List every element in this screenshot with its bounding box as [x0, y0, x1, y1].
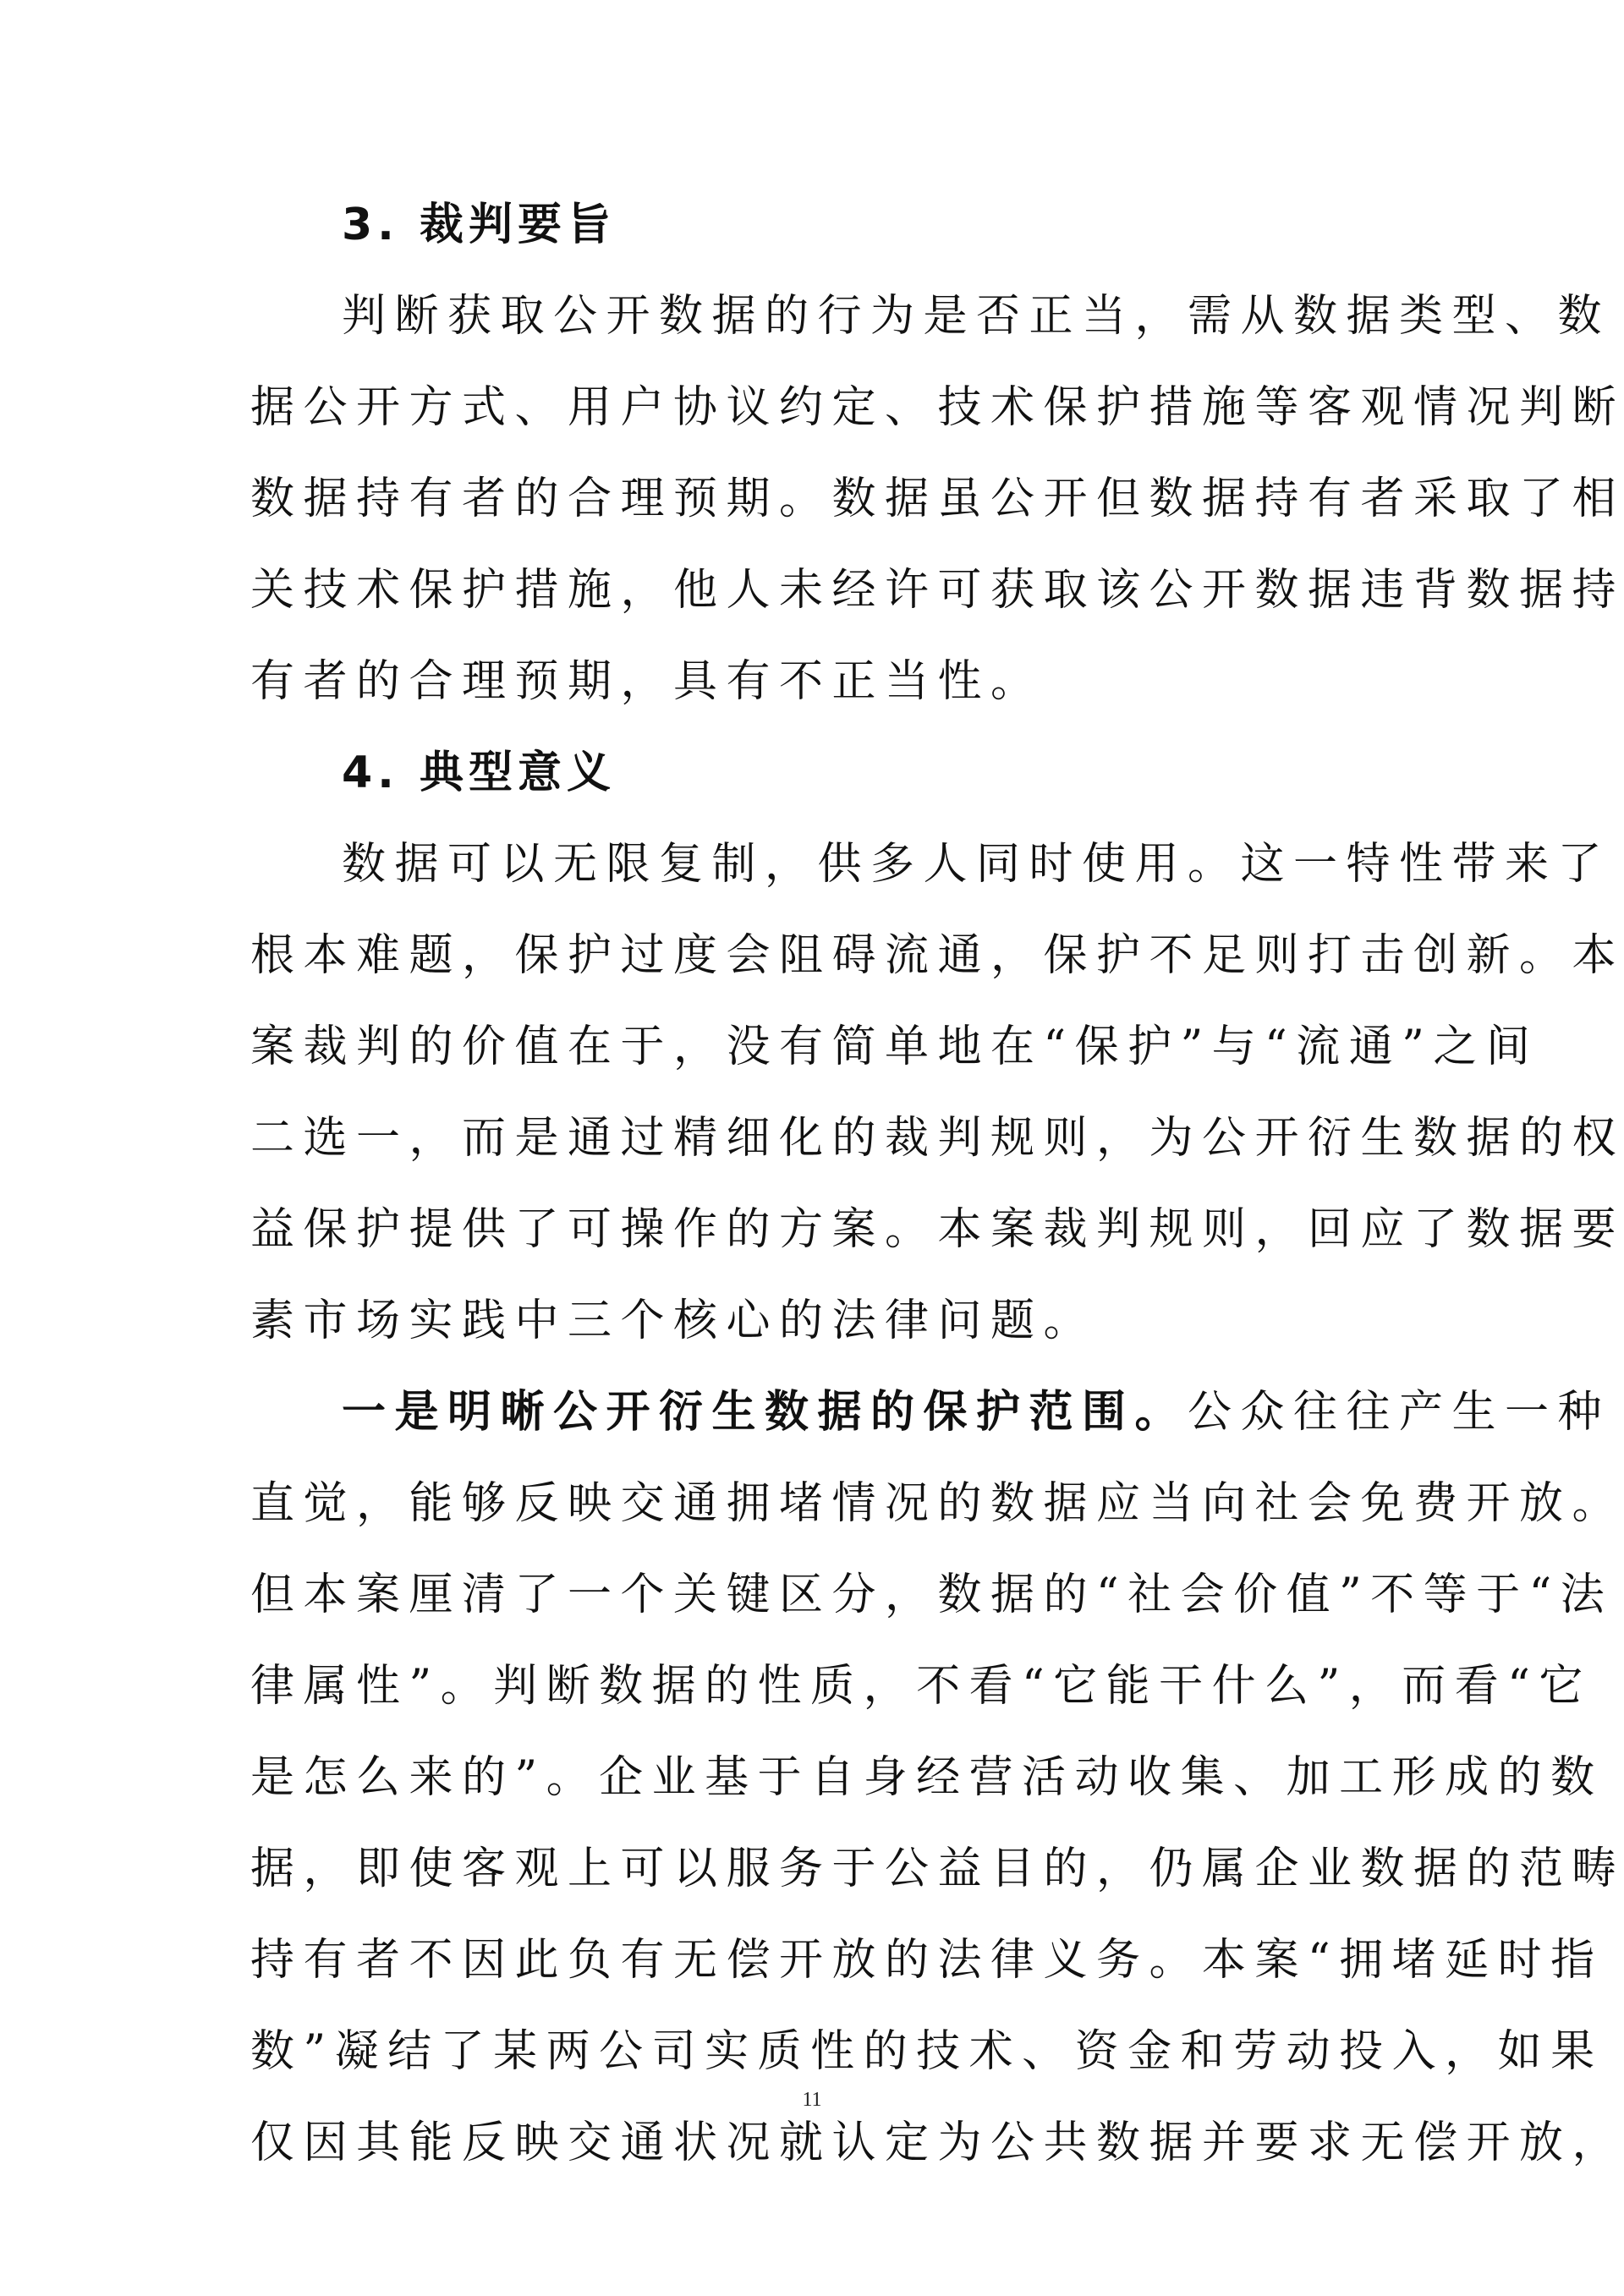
text-line: 益保护提供了可操作的方案。本案裁判规则，回应了数据要: [250, 1208, 1375, 1299]
page-content: 3. 裁判要旨 判断获取公开数据的行为是否正当，需从数据类型、数 据公开方式、用…: [250, 203, 1375, 2212]
text-line: 判断获取公开数据的行为是否正当，需从数据类型、数: [250, 294, 1375, 386]
text-line: 持有者不因此负有无偿开放的法律义务。本案“拥堵延时指: [250, 1938, 1375, 2030]
text-line: 关技术保护措施，他人未经许可获取该公开数据违背数据持: [250, 568, 1375, 660]
text-run: 公众往往产生一种: [1188, 1387, 1610, 1438]
text-line: 案裁判的价值在于，没有简单地在“保护”与“流通”之间: [250, 1025, 1375, 1116]
document-page: 3. 裁判要旨 判断获取公开数据的行为是否正当，需从数据类型、数 据公开方式、用…: [0, 0, 1624, 2296]
section-heading-ruling-gist: 3. 裁判要旨: [250, 203, 1375, 294]
text-line: 有者的合理预期，具有不正当性。: [250, 660, 1375, 751]
bold-lead-sentence: 一是明晰公开衍生数据的保护范围。: [342, 1387, 1188, 1438]
text-line: 直觉，能够反映交通拥堵情况的数据应当向社会免费开放。: [250, 1482, 1375, 1573]
text-line: 数据持有者的合理预期。数据虽公开但数据持有者采取了相: [250, 477, 1375, 568]
text-line: 但本案厘清了一个关键区分，数据的“社会价值”不等于“法: [250, 1573, 1375, 1664]
text-line: 一是明晰公开衍生数据的保护范围。公众往往产生一种: [250, 1390, 1375, 1482]
text-line: 据，即使客观上可以服务于公益目的，仍属企业数据的范畴，: [250, 1847, 1375, 1938]
text-line: 据公开方式、用户协议约定、技术保护措施等客观情况判断: [250, 386, 1375, 477]
section-heading-significance: 4. 典型意义: [250, 751, 1375, 842]
text-line: 素市场实践中三个核心的法律问题。: [250, 1299, 1375, 1390]
text-line: 二选一，而是通过精细化的裁判规则，为公开衍生数据的权: [250, 1116, 1375, 1208]
text-line: 仅因其能反映交通状况就认定为公共数据并要求无偿开放，: [250, 2121, 1375, 2212]
text-line: 数据可以无限复制，供多人同时使用。这一特性带来了: [250, 842, 1375, 934]
text-line: 律属性”。判断数据的性质，不看“它能干什么”，而看“它: [250, 1664, 1375, 1756]
page-number: 11: [0, 2089, 1624, 2112]
text-line: 是怎么来的”。企业基于自身经营活动收集、加工形成的数: [250, 1756, 1375, 1847]
text-line: 根本难题，保护过度会阻碍流通，保护不足则打击创新。本: [250, 934, 1375, 1025]
paragraph-significance-intro: 数据可以无限复制，供多人同时使用。这一特性带来了 根本难题，保护过度会阻碍流通，…: [250, 842, 1375, 1390]
paragraph-ruling-gist: 判断获取公开数据的行为是否正当，需从数据类型、数 据公开方式、用户协议约定、技术…: [250, 294, 1375, 751]
